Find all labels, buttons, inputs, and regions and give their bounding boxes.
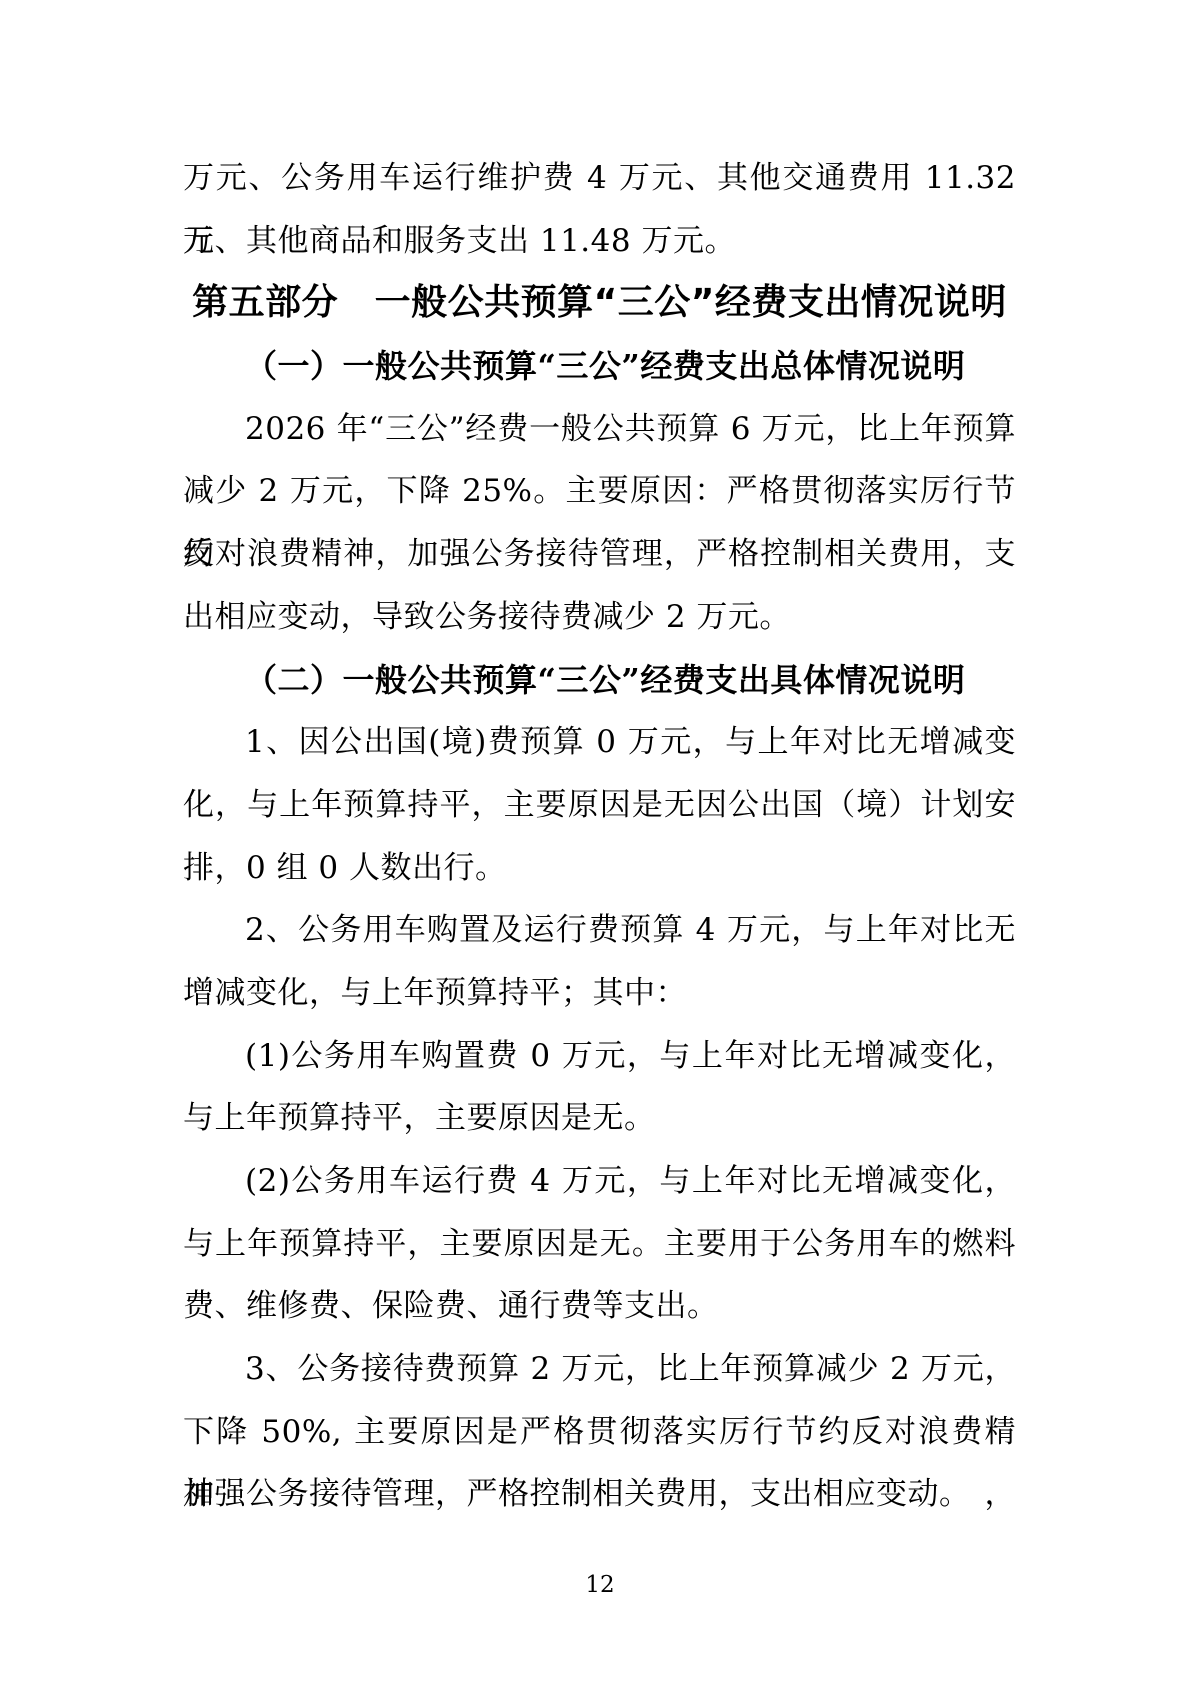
page-number: 12 — [0, 1568, 1200, 1602]
text-line: 化，与上年预算持平，主要原因是无因公出国（境）计划安 — [183, 774, 1016, 837]
text-line: 下降 50%, 主要原因是严格贯彻落实厉行节约反对浪费精神， — [183, 1401, 1016, 1464]
text-line: (2)公务用车运行费 4 万元，与上年对比无增减变化， — [183, 1150, 1016, 1213]
text-line: (1)公务用车购置费 0 万元，与上年对比无增减变化， — [183, 1025, 1016, 1088]
text-line: 2、公务用车购置及运行费预算 4 万元，与上年对比无 — [183, 899, 1016, 962]
subsection-heading: （一）一般公共预算“三公”经费支出总体情况说明 — [183, 335, 1016, 398]
text-line: 减少 2 万元，下降 25%。主要原因：严格贯彻落实厉行节约 — [183, 460, 1016, 523]
section-heading: 第五部分 一般公共预算“三公”经费支出情况说明 — [183, 272, 1016, 335]
text-line: 2026 年“三公”经费一般公共预算 6 万元，比上年预算 — [183, 398, 1016, 461]
text-line: 万元、公务用车运行维护费 4 万元、其他交通费用 11.32 万 — [183, 147, 1016, 210]
text-line: 费、维修费、保险费、通行费等支出。 — [183, 1275, 1016, 1338]
text-line: 反对浪费精神，加强公务接待管理，严格控制相关费用，支 — [183, 523, 1016, 586]
text-line: 排，0 组 0 人数出行。 — [183, 837, 1016, 900]
text-line: 3、公务接待费预算 2 万元，比上年预算减少 2 万元， — [183, 1338, 1016, 1401]
text-line: 与上年预算持平，主要原因是无。 — [183, 1087, 1016, 1150]
text-line: 1、因公出国(境)费预算 0 万元，与上年对比无增减变 — [183, 711, 1016, 774]
subsection-heading: （二）一般公共预算“三公”经费支出具体情况说明 — [183, 649, 1016, 712]
text-line: 与上年预算持平，主要原因是无。主要用于公务用车的燃料 — [183, 1213, 1016, 1276]
document-page: 万元、公务用车运行维护费 4 万元、其他交通费用 11.32 万元、其他商品和服… — [0, 0, 1200, 1697]
text-line: 增减变化，与上年预算持平；其中： — [183, 962, 1016, 1025]
text-line: 出相应变动，导致公务接待费减少 2 万元。 — [183, 586, 1016, 649]
document-body: 万元、公务用车运行维护费 4 万元、其他交通费用 11.32 万元、其他商品和服… — [183, 147, 1016, 1526]
text-line: 元、其他商品和服务支出 11.48 万元。 — [183, 210, 1016, 273]
text-line: 加强公务接待管理，严格控制相关费用，支出相应变动。 — [183, 1463, 1016, 1526]
